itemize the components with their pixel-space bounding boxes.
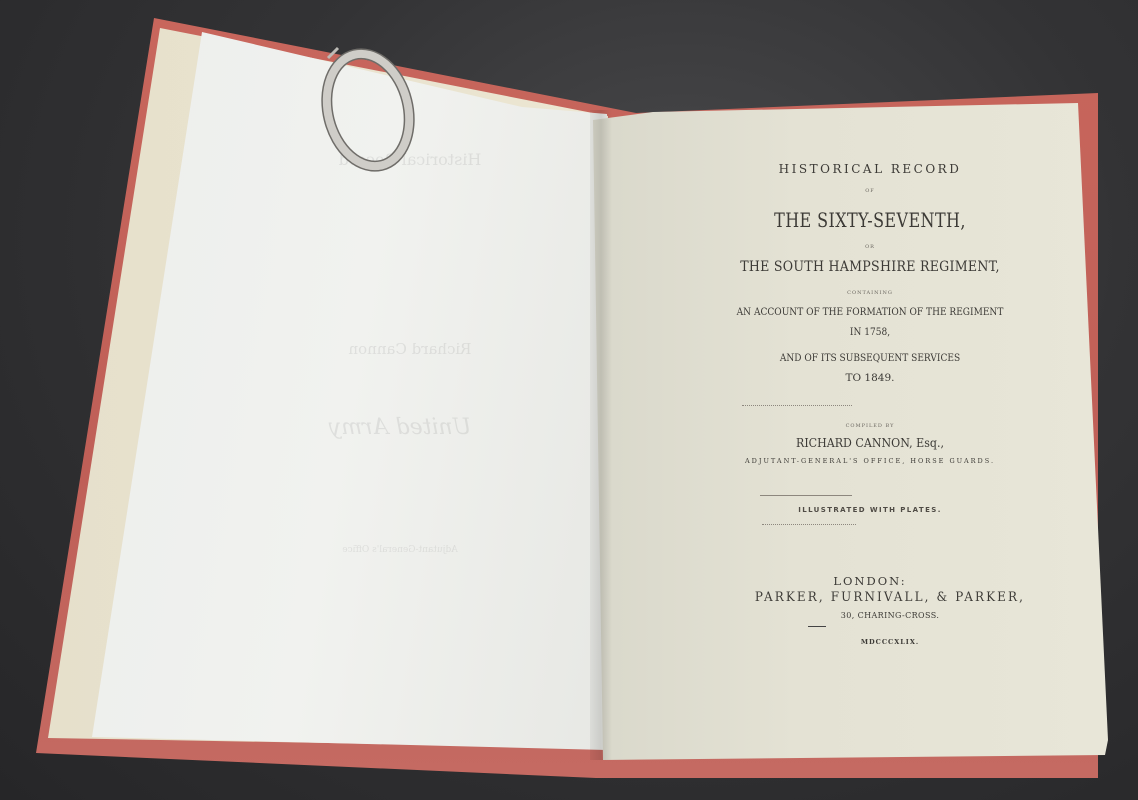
publisher-address: 30, CHARING-CROSS.: [620, 611, 1138, 620]
title-account-line2: IN 1758,: [638, 326, 1102, 338]
compiled-by-label: COMPILED BY: [600, 423, 1138, 429]
publication-year: MDCCCXLIX.: [620, 638, 1138, 646]
author-name: RICHARD CANNON, Esq.,: [622, 436, 1119, 450]
publisher-name: PARKER, FURNIVALL, & PARKER,: [642, 590, 1138, 605]
title-regiment-alt: THE SOUTH HAMPSHIRE REGIMENT,: [627, 259, 1113, 275]
bleed-through-text: United Army: [240, 415, 560, 440]
title-regiment: THE SIXTY-SEVENTH,: [654, 208, 1086, 232]
divider-bottom: [762, 524, 856, 525]
divider-top: [760, 495, 852, 496]
title-page: [593, 100, 1108, 760]
short-rule: [808, 626, 826, 627]
wavy-divider: [742, 405, 852, 406]
bleed-through-text: Richard Cannon: [230, 340, 590, 358]
title-account-line1: AN ACCOUNT OF THE FORMATION OF THE REGIM…: [638, 306, 1102, 318]
bookmark-clip-icon: [318, 40, 422, 176]
author-office: ADJUTANT-GENERAL'S OFFICE, HORSE GUARDS.: [600, 457, 1138, 465]
title-or: OR: [600, 244, 1138, 250]
bleed-through-text: Adjutant-General's Office: [230, 545, 570, 555]
publisher-city: LONDON:: [600, 574, 1138, 588]
title-of: OF: [600, 188, 1138, 194]
book-gutter: [590, 110, 612, 760]
title-services-line1: AND OF ITS SUBSEQUENT SERVICES: [638, 352, 1102, 364]
title-heading: HISTORICAL RECORD: [600, 162, 1138, 176]
illustrated-note: ILLUSTRATED WITH PLATES.: [600, 506, 1138, 514]
title-services-line2: TO 1849.: [600, 372, 1138, 384]
title-containing: CONTAINING: [600, 290, 1138, 296]
